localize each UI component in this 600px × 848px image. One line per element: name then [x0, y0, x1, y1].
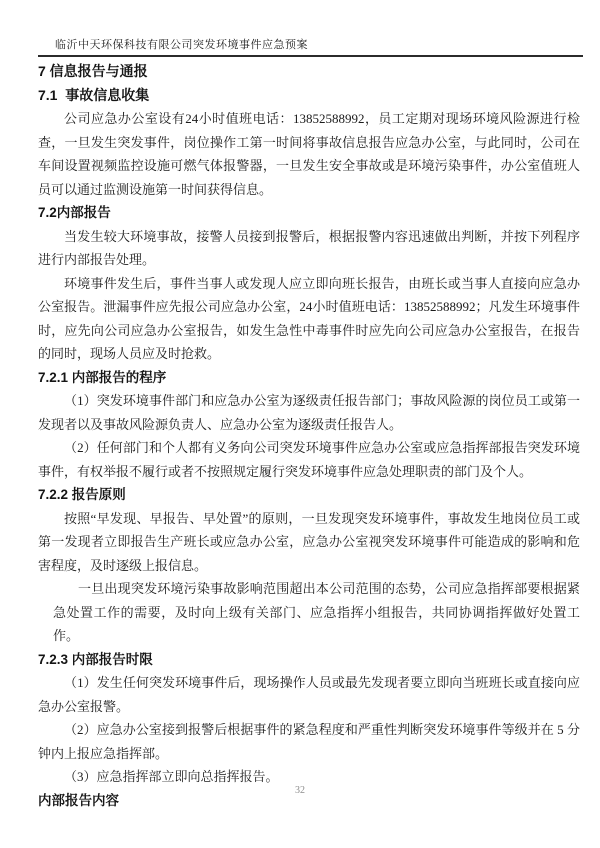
paragraph-721-item2: （2）任何部门和个人都有义务向公司突发环境事件应急办公室或应急指挥部报告突发环境… [38, 436, 580, 483]
paragraph-report-procedure: 环境事件发生后，事件当事人或发现人应立即向班长报告，由班长或当事人直接向应急办公… [38, 272, 580, 366]
header-title: 临沂中天环保科技有限公司突发环境事件应急预案 [55, 39, 308, 51]
document-body: 7 信息报告与通报 7.1 事故信息收集 公司应急办公室设有24小时值班电话：1… [38, 60, 580, 812]
paragraph-internal-report-intro: 当发生较大环境事故，接警人员接到报警后，根据报警内容迅速做出判断，并按下列程序进… [38, 225, 580, 272]
heading-7: 7 信息报告与通报 [38, 60, 580, 84]
heading-7-2: 7.2内部报告 [38, 201, 580, 225]
heading-7-2-2: 7.2.2 报告原则 [38, 483, 580, 507]
paragraph-report-principle: 按照“早发现、早报告、早处置”的原则，一旦发现突发环境事件，事故发生地岗位员工或… [38, 507, 580, 578]
paragraph-beyond-scope: 一旦出现突发环境污染事故影响范围超出本公司范围的态势，公司应急指挥部要根据紧急处… [38, 577, 580, 648]
paragraph-723-item2: （2）应急办公室接到报警后根据事件的紧急程度和严重性判断突发环境事件等级并在 5… [38, 718, 580, 765]
heading-7-2-3: 7.2.3 内部报告时限 [38, 648, 580, 672]
paragraph-721-item1: （1）突发环境事件部门和应急办公室为逐级责任报告部门；事故风险源的岗位员工或第一… [38, 389, 580, 436]
paragraph-info-collection: 公司应急办公室设有24小时值班电话：13852588992，员工定期对现场环境风… [38, 107, 580, 201]
heading-7-2-1: 7.2.1 内部报告的程序 [38, 366, 580, 390]
page-header: 临沂中天环保科技有限公司突发环境事件应急预案 [38, 38, 583, 57]
page-number: 32 [295, 785, 305, 796]
heading-7-1: 7.1 事故信息收集 [38, 84, 580, 108]
page-footer: 32 [0, 784, 600, 798]
paragraph-723-item1: （1）发生任何突发环境事件后，现场操作人员或最先发现者要立即向当班班长或直接向应… [38, 671, 580, 718]
document-page: 临沂中天环保科技有限公司突发环境事件应急预案 7 信息报告与通报 7.1 事故信… [0, 0, 600, 848]
